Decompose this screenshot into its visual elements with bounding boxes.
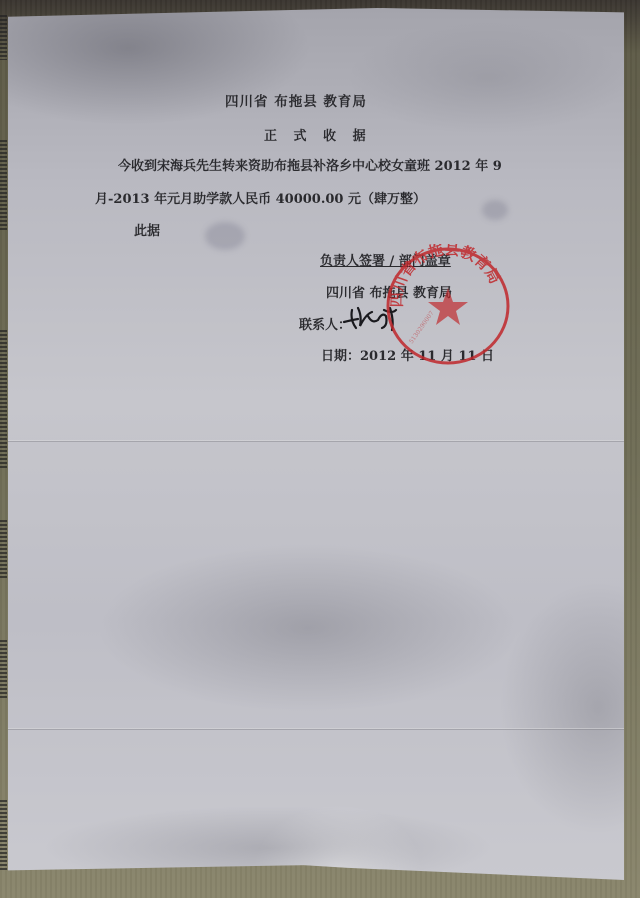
perforated-edge <box>0 520 7 580</box>
ink-smudge <box>482 200 508 220</box>
svg-text:5130290007: 5130290007 <box>408 310 436 345</box>
fold-crease <box>8 728 624 730</box>
ink-smudge <box>205 222 245 250</box>
perforated-edge <box>0 800 7 870</box>
official-seal: 四川省布拖县教育局 5130290007 <box>384 244 512 368</box>
fold-crease <box>8 440 624 442</box>
perforated-edge <box>0 140 7 230</box>
perforated-edge <box>0 15 7 60</box>
closing-text: 此据 <box>134 220 160 239</box>
document-title: 正 式 收 据 <box>264 125 372 144</box>
perforated-edge <box>0 330 7 470</box>
receipt-body-line-2: 月-2013 年元月助学款人民币 40000.00 元（肆万整） <box>95 188 426 207</box>
receipt-body-line-1: 今收到宋海兵先生转来资助布拖县补洛乡中心校女童班 2012 年 9 <box>118 155 502 174</box>
org-header: 四川省 布拖县 教育局 <box>225 90 367 110</box>
perforated-edge <box>0 640 7 700</box>
